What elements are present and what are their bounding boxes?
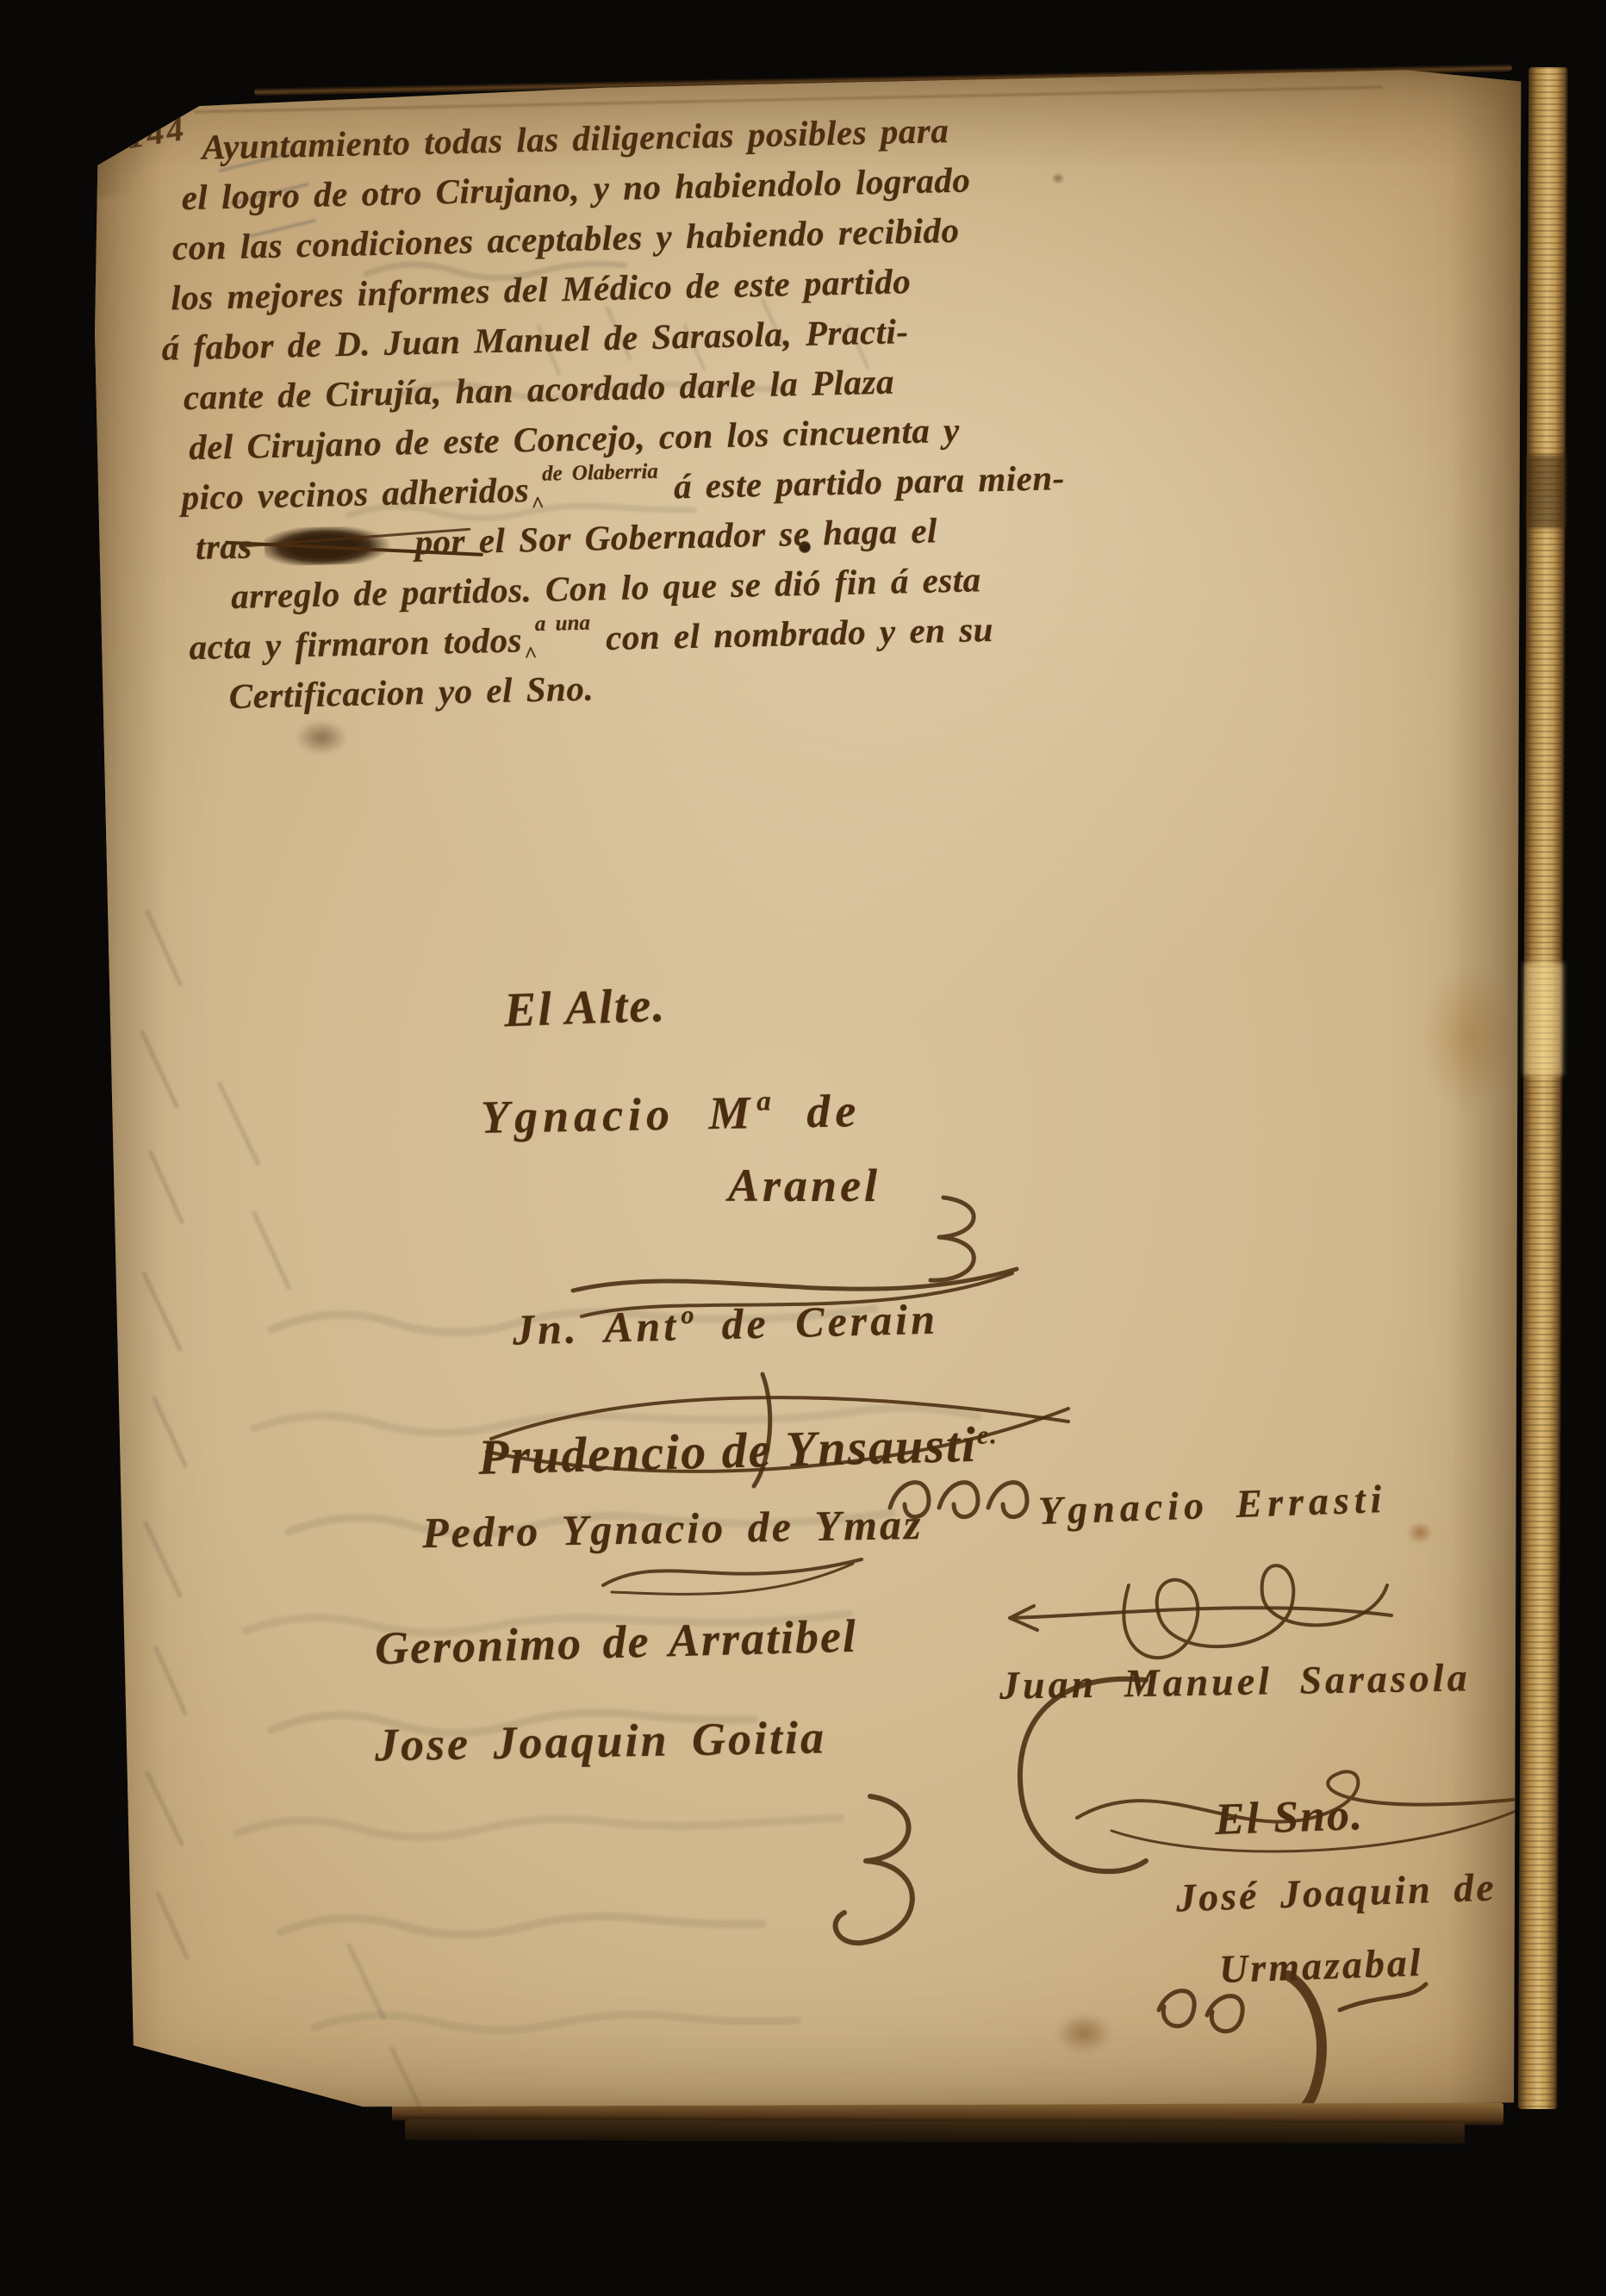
signature-cerain: Jn. Antº de Cerain — [512, 1294, 938, 1355]
interlinear-insertion: de Olaberria — [542, 460, 658, 487]
underlying-pages-bottom-edge-2 — [405, 2119, 1465, 2144]
fore-edge-highlight — [1523, 963, 1564, 1075]
book-fore-edge — [1518, 67, 1568, 2109]
signature-rubric-imaz-underline — [594, 1542, 870, 1602]
yellow-stain — [1422, 963, 1516, 1110]
insertion-caret: ^ — [531, 492, 545, 518]
ink-blot — [264, 525, 407, 566]
signature-goitia: Jose Joaquin Goitia — [374, 1710, 826, 1771]
interlinear-insertion: a una — [535, 612, 591, 637]
manuscript-page: 144 Ayuntamiento todas las diligencias p… — [90, 67, 1522, 2111]
signature-alcalde-heading: El Alte. — [503, 978, 667, 1039]
signature-rubric-goitia — [767, 1783, 939, 1973]
signature-superscript: e. — [976, 1421, 999, 1451]
signature-aranel-line1: Ygnacio Mª de — [480, 1084, 861, 1144]
signature-errasti: Ygnacio Errasti — [1037, 1476, 1387, 1534]
signature-escribano-heading: El Sno. — [1214, 1789, 1365, 1845]
fore-edge-dark-notch — [1526, 455, 1566, 528]
rust-spot — [1407, 1521, 1433, 1544]
signature-arratibel: Geronimo de Arratibel — [374, 1609, 857, 1676]
insertion-caret: ^ — [524, 642, 538, 668]
brown-spot — [1055, 2013, 1112, 2054]
text-line: Certificacion yo el Sno. — [228, 668, 594, 725]
freckle — [1051, 172, 1065, 184]
ink-smudge — [296, 720, 347, 755]
manuscript-scan: 144 Ayuntamiento todas las diligencias p… — [0, 0, 1606, 2296]
